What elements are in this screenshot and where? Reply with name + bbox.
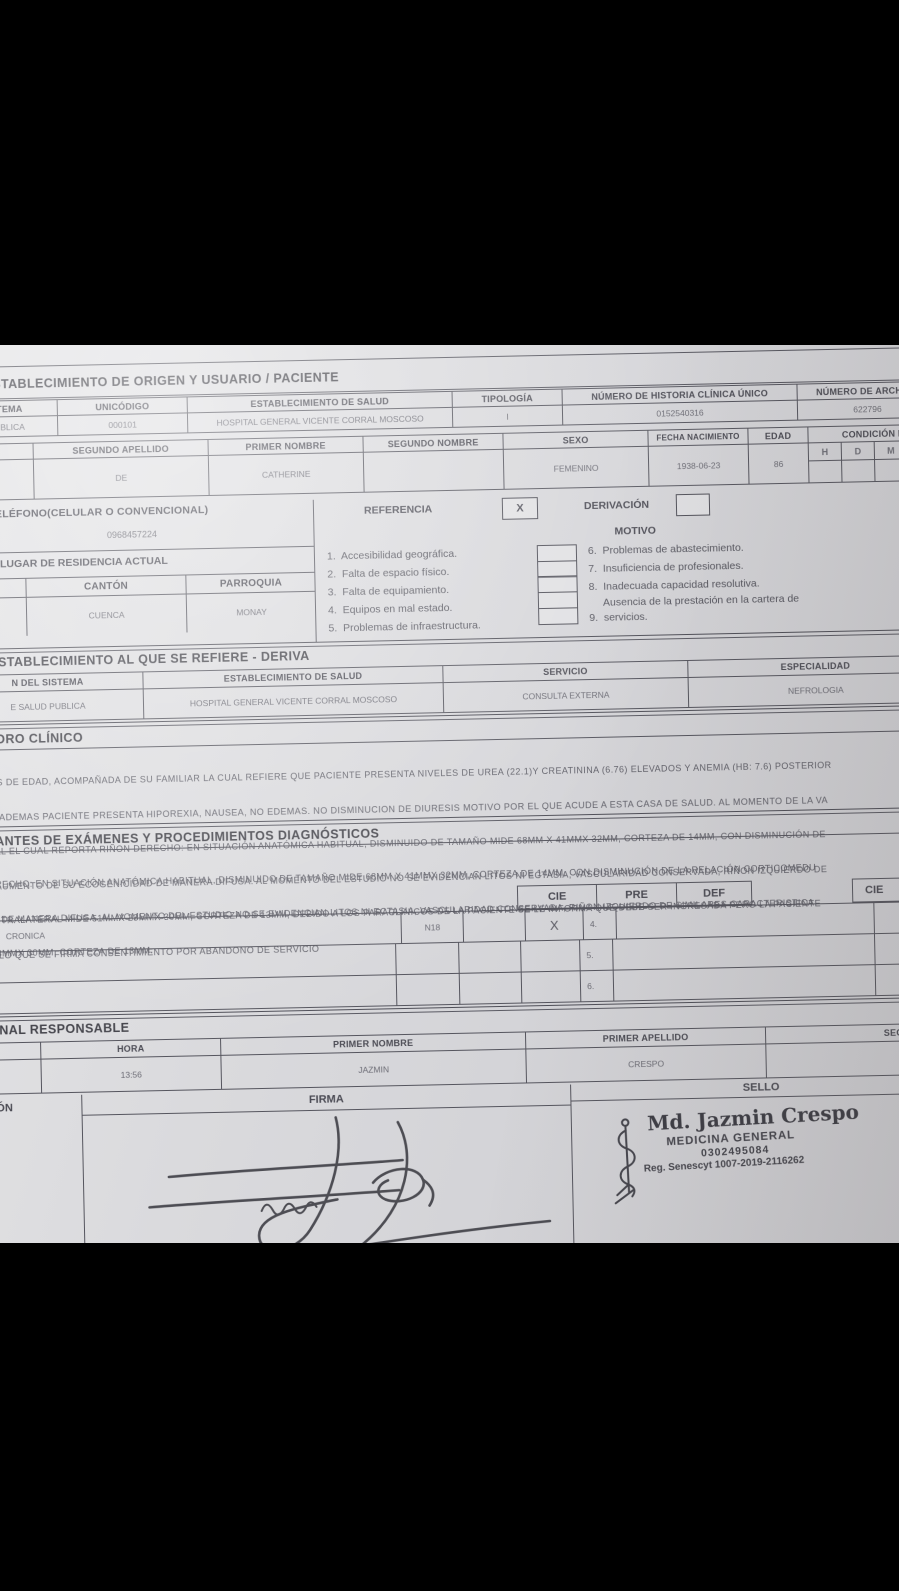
- diag-row-blank: [615, 903, 874, 938]
- diag-header-gap: [752, 879, 852, 905]
- val-sistema: O PUBLICA: [0, 416, 57, 438]
- val-residence-blank: [0, 598, 27, 638]
- motives-right-list: 6. Problemas de abastecimiento. 7. Insuf…: [588, 538, 800, 626]
- diag-row-num: 4.: [583, 909, 616, 940]
- th-def: DEF: [677, 881, 752, 907]
- diag-row-cie: [395, 943, 458, 974]
- th-cie: CIE: [517, 884, 597, 910]
- diag-row-blank: [612, 934, 874, 969]
- th-numero-archivo: NÚMERO DE ARCHIVO: [796, 381, 899, 401]
- val-deriva-sistema: E SALUD PUBLICA: [0, 689, 143, 723]
- th-condicion-h: H: [809, 443, 842, 461]
- val-condicion-m: [875, 459, 899, 481]
- referral-box: REFERENCIA X DERIVACIÓN MOTIVO 1. Accesi…: [314, 487, 899, 642]
- diag-row-cie: [396, 974, 459, 1005]
- diag-row-num: 5.: [579, 940, 612, 971]
- diag-row-def: X: [524, 909, 583, 940]
- referencia-checkbox: X: [502, 497, 538, 520]
- motives-left-list: 1. Accesibilidad geográfica. 2. Falta de…: [327, 544, 481, 637]
- val-segundo-apellido: DE: [33, 456, 209, 500]
- phone-screenshot: STABLECIMIENTO DE ORIGEN Y USUARIO / PAC…: [0, 0, 899, 1591]
- diag-row-pre: [458, 973, 521, 1004]
- motivo-label: MOTIVO: [614, 525, 656, 538]
- val-condicion-h: [809, 461, 842, 483]
- motive-item: 1. Accesibilidad geográfica.: [327, 544, 480, 565]
- th-edad: EDAD: [747, 426, 807, 444]
- diag-row-def: [521, 971, 580, 1002]
- clinical-line: 86 AÑOS DE EDAD, ACOMPAÑADA DE SU FAMILI…: [0, 749, 899, 790]
- document-photo: STABLECIMIENTO DE ORIGEN Y USUARIO / PAC…: [0, 345, 899, 1243]
- phone-value: 0968457224: [0, 526, 315, 544]
- diag-row-cie-right: [874, 964, 899, 996]
- val-numero-archivo: 622796: [797, 398, 899, 421]
- val-tipologia: I: [452, 406, 562, 428]
- diag-row-cie: N18: [401, 912, 464, 943]
- motive-checkbox-stack: [537, 544, 579, 625]
- val-deriva-establecimiento: HOSPITAL GENERAL VICENTE CORRAL MOSCOSO: [143, 683, 444, 719]
- diag-row-pre: [458, 942, 521, 973]
- motive-checkbox: [538, 607, 578, 625]
- diag-row-def: [520, 940, 579, 971]
- th-prof-blank: [0, 1042, 40, 1062]
- val-edad: 86: [748, 443, 809, 484]
- residence-table: CANTÓN PARROQUIA CUENCA MONAY: [0, 572, 316, 638]
- phone-divider: [0, 546, 315, 555]
- th-parroquia: PARROQUIA: [185, 572, 315, 595]
- th-fecha-nacimiento: FECHA NACIMIENTO: [647, 428, 747, 447]
- diag-row-num: 6.: [580, 971, 613, 1002]
- val-deriva-servicio: CONSULTA EXTERNA: [443, 678, 689, 713]
- referral-form: STABLECIMIENTO DE ORIGEN Y USUARIO / PAC…: [0, 345, 899, 1243]
- th-residence-blank: [0, 578, 26, 600]
- referencia-label: REFERENCIA: [364, 503, 433, 516]
- val-prof-primer-nombre: JAZMIN: [220, 1049, 526, 1089]
- handwritten-signature: [140, 1105, 573, 1243]
- val-sexo: FEMENINO: [503, 447, 649, 490]
- val-prof-primer-apellido: CRESPO: [525, 1044, 766, 1083]
- val-establecimiento-salud: HOSPITAL GENERAL VICENTE CORRAL MOSCOSO: [187, 408, 452, 434]
- letterbox-bottom: [0, 1243, 899, 1591]
- contact-box: ELÉFONO(CELULAR O CONVENCIONAL) 09684572…: [0, 500, 317, 650]
- diag-row-cie-right: [874, 902, 899, 934]
- motive-item: 9. servicios.: [589, 607, 799, 626]
- val-primer-apellido: [0, 460, 34, 502]
- diagnostics-table: CIE PRE DEF CIE CRONICA N18 X 4.: [0, 877, 899, 1016]
- val-parroquia: MONAY: [186, 592, 317, 633]
- val-canton: CUENCA: [26, 594, 187, 635]
- th-condicion-d: D: [842, 442, 875, 460]
- diag-row-cie-right: [874, 933, 899, 965]
- val-condicion-d: [842, 460, 875, 482]
- diag-row-pre: [463, 910, 526, 941]
- caduceus-icon: [609, 1116, 644, 1206]
- th-pre: PRE: [597, 882, 677, 908]
- diag-row-blank: [613, 965, 875, 1000]
- val-segundo-nombre: [363, 450, 504, 493]
- condicion-subgrid: H D M: [808, 441, 899, 484]
- th-primer-apellido: DO: [0, 443, 33, 462]
- val-fecha-nacimiento: 1938-06-23: [648, 445, 749, 487]
- val-unicodigo: 000101: [57, 413, 187, 436]
- th-condicion: CONDICIÓN E: [807, 424, 899, 444]
- phone-label: ELÉFONO(CELULAR O CONVENCIONAL): [0, 504, 208, 520]
- th-cie-right: CIE: [852, 877, 899, 903]
- val-hora: 13:56: [40, 1056, 221, 1094]
- contact-referral-zone: ELÉFONO(CELULAR O CONVENCIONAL) 09684572…: [0, 487, 899, 650]
- val-primer-nombre: CATHERINE: [208, 453, 364, 496]
- val-prof-segundo-apellido: AREVAL: [765, 1041, 899, 1079]
- residence-label: LUGAR DE RESIDENCIA ACTUAL: [0, 555, 168, 571]
- th-condicion-m: M: [875, 441, 899, 459]
- motive-item: 5. Problemas de infraestructura.: [328, 616, 481, 637]
- certification-label: CACIÓN: [0, 1102, 13, 1115]
- val-prof-blank: [0, 1060, 41, 1096]
- val-historia-clinica: 0152540316: [562, 401, 797, 426]
- letterbox-top: [0, 0, 899, 345]
- derivacion-label: DERIVACIÓN: [584, 499, 649, 512]
- val-deriva-especialidad: NEFROLOGIA: [688, 673, 899, 708]
- derivacion-checkbox: [676, 493, 710, 516]
